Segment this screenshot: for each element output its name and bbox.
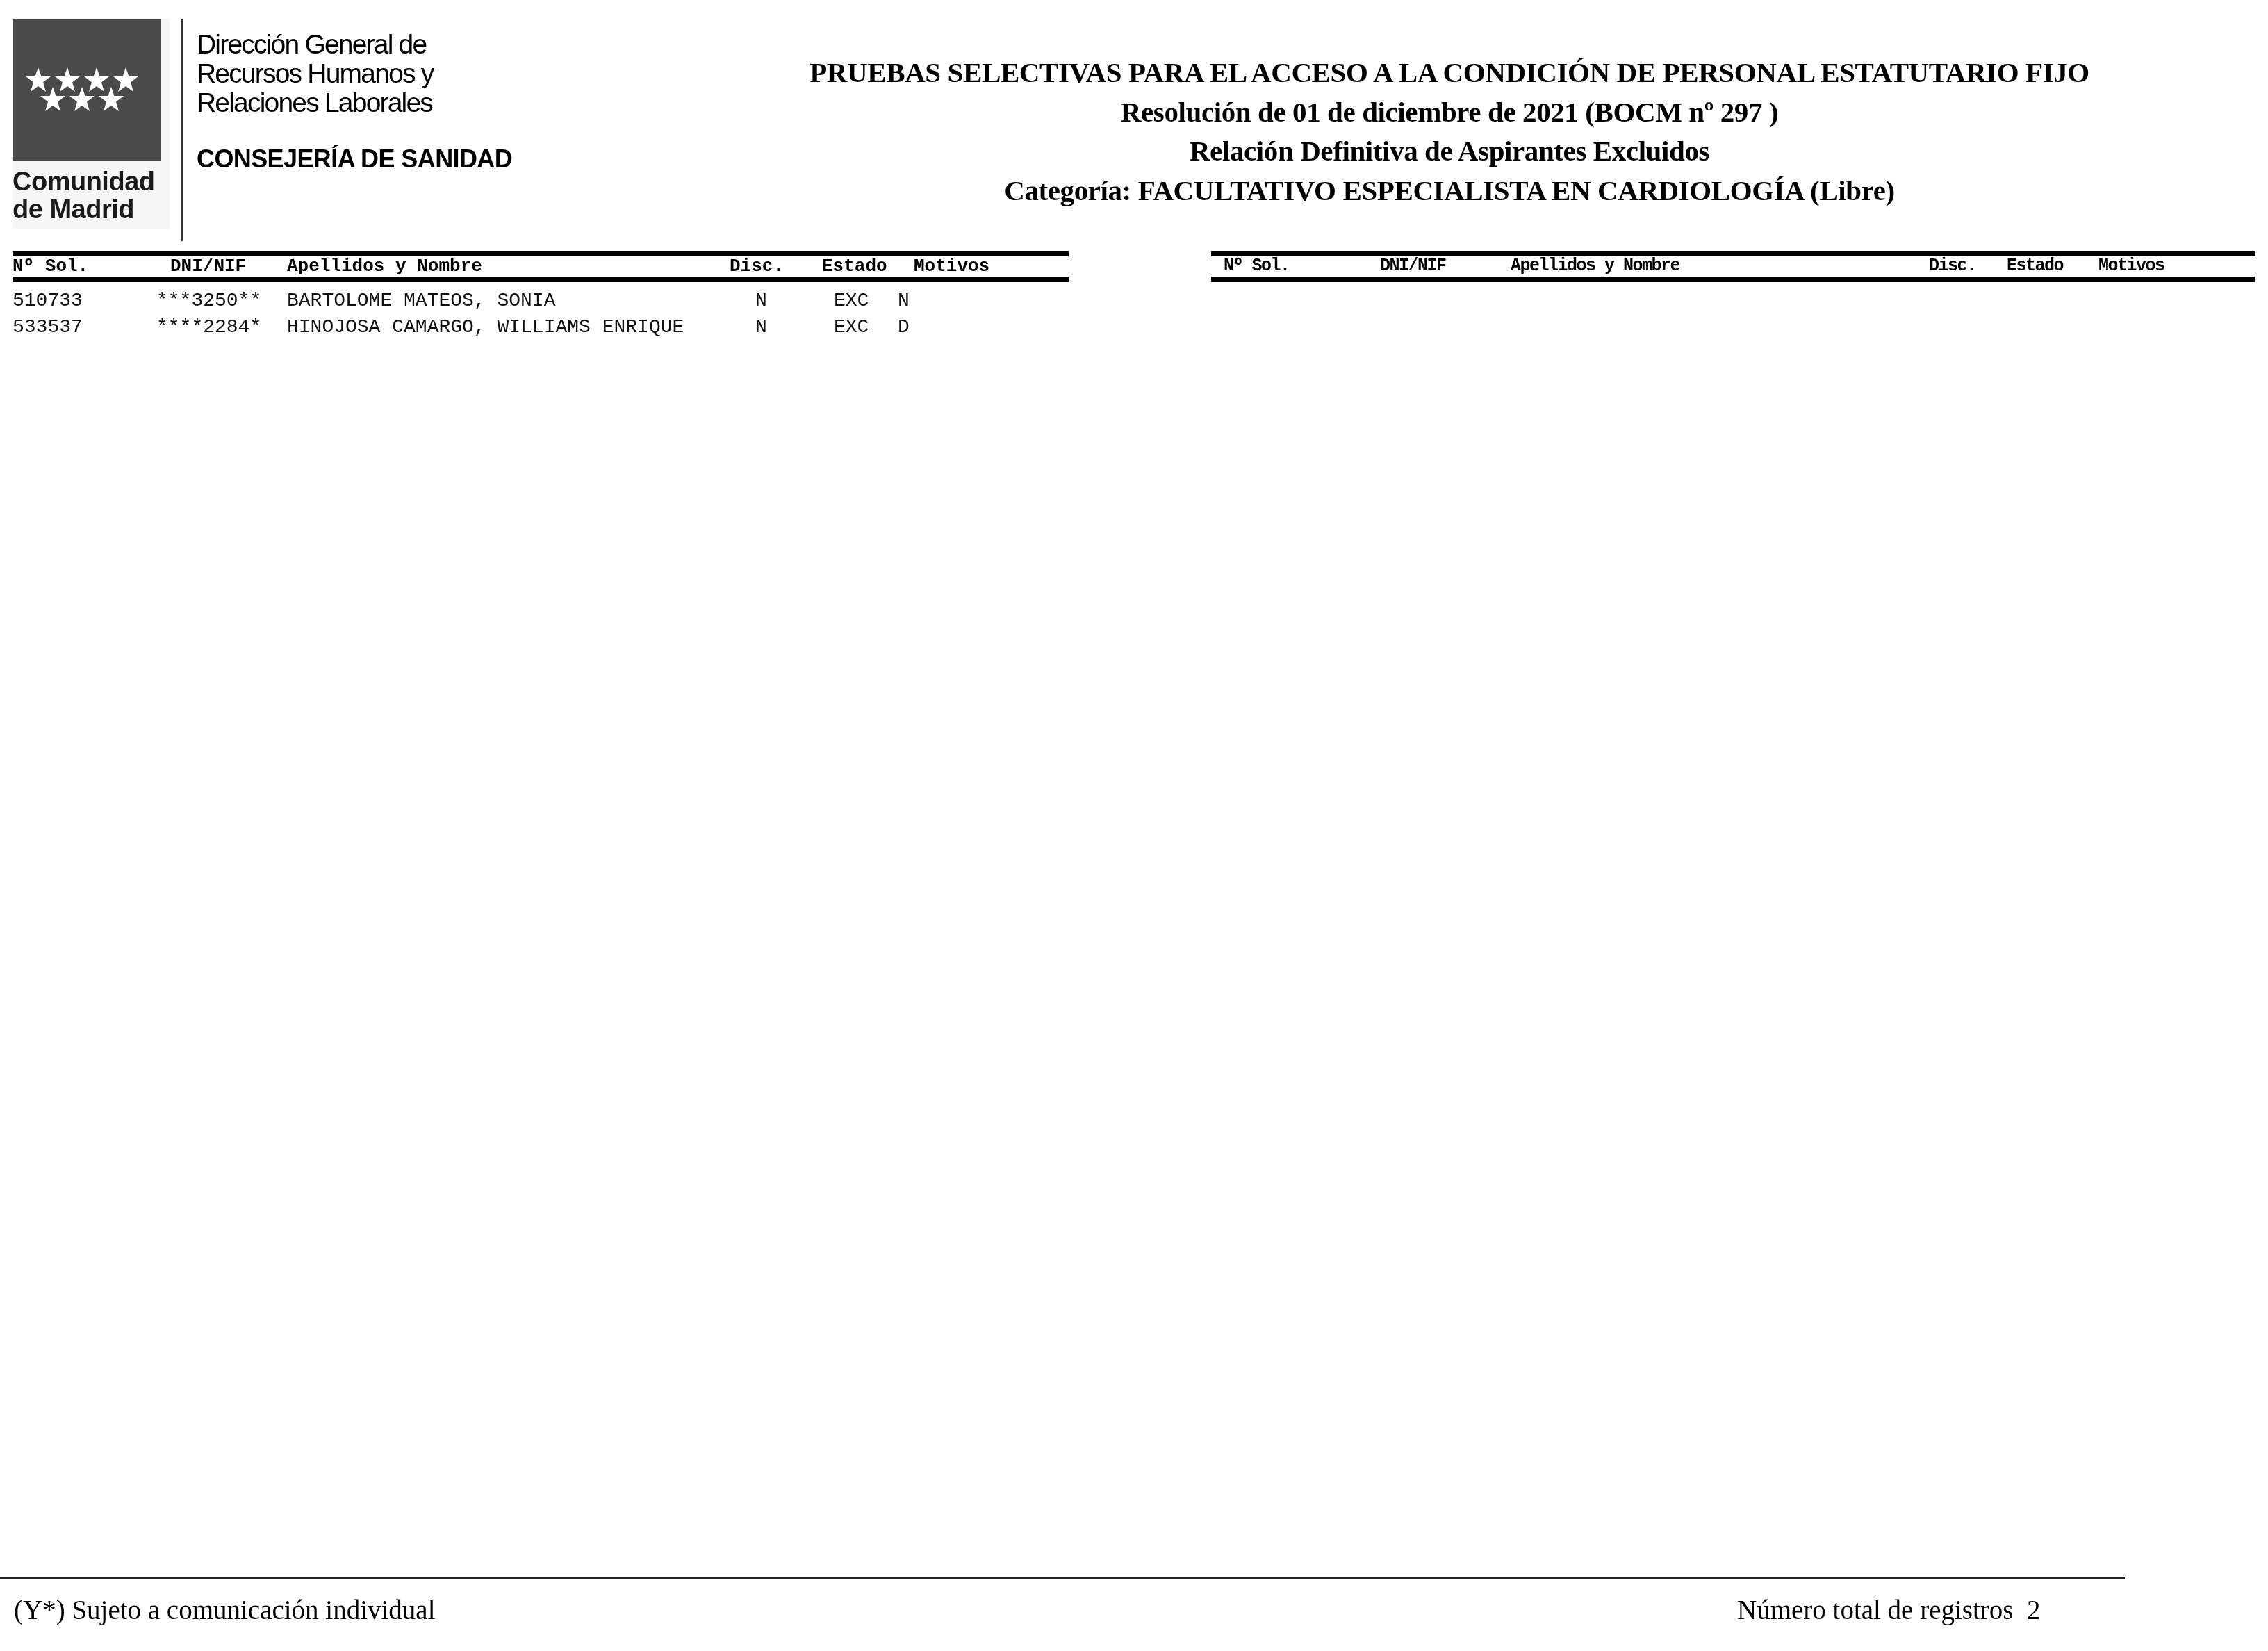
table-row: 533537 ****2284* HINOJOSA CAMARGO, WILLI… [13, 315, 1069, 341]
column-header-estado: Estado [2007, 256, 2063, 277]
cell-motivos: N [898, 288, 910, 315]
cell-dni: ***3250** [156, 288, 261, 315]
cell-sol: 510733 [13, 288, 83, 315]
column-header-sol: Nº Sol. [1224, 256, 1290, 277]
cell-estado: EXC [834, 315, 869, 341]
department-line: Relaciones Laborales [197, 89, 433, 118]
cell-estado: EXC [834, 288, 869, 315]
table-rule-bottom [13, 277, 1069, 282]
table-rule-bottom [1211, 277, 2255, 282]
consejeria-name: CONSEJERÍA DE SANIDAD [197, 145, 512, 174]
cell-nombre: BARTOLOME MATEOS, SONIA [287, 288, 555, 315]
column-header-dni: DNI/NIF [1380, 256, 1446, 277]
column-header-sol: Nº Sol. [13, 256, 88, 277]
column-header-estado: Estado [822, 256, 887, 277]
department-line: Recursos Humanos y [197, 60, 433, 89]
comunidad-de-madrid-logo: Comunidad de Madrid [13, 19, 170, 229]
header-divider [181, 19, 183, 241]
footer-note: (Y*) Sujeto a comunicación individual [14, 1595, 436, 1627]
title-line-3: Relación Definitiva de Aspirantes Exclui… [764, 131, 2135, 171]
column-header-dni: DNI/NIF [170, 256, 246, 277]
cell-disc: N [755, 288, 767, 315]
department-name: Dirección General de Recursos Humanos y … [197, 31, 433, 118]
column-header-nombre: Apellidos y Nombre [1511, 256, 1679, 277]
column-header-motivos: Motivos [914, 256, 989, 277]
cell-motivos: D [898, 315, 910, 341]
column-header-disc: Disc. [1929, 256, 1976, 277]
table-row: 510733 ***3250** BARTOLOME MATEOS, SONIA… [13, 288, 1069, 315]
cell-sol: 533537 [13, 315, 83, 341]
department-line: Dirección General de [197, 31, 433, 60]
title-line-4: Categoría: FACULTATIVO ESPECIALISTA EN C… [764, 171, 2135, 211]
total-records-value: 2 [2027, 1595, 2041, 1625]
total-records: Número total de registros 2 [1737, 1595, 2040, 1627]
footer-divider [0, 1577, 2125, 1579]
seven-stars-icon [13, 19, 161, 161]
column-header-motivos: Motivos [2098, 256, 2164, 277]
logo-text-line2: de Madrid [13, 196, 170, 224]
title-line-1: PRUEBAS SELECTIVAS PARA EL ACCESO A LA C… [764, 53, 2135, 92]
document-title: PRUEBAS SELECTIVAS PARA EL ACCESO A LA C… [764, 53, 2135, 210]
cell-nombre: HINOJOSA CAMARGO, WILLIAMS ENRIQUE [287, 315, 684, 341]
logo-square [13, 19, 161, 161]
total-records-label: Número total de registros [1737, 1595, 2013, 1625]
cell-disc: N [755, 315, 767, 341]
logo-text-line1: Comunidad [13, 168, 170, 196]
title-line-2: Resolución de 01 de diciembre de 2021 (B… [764, 92, 2135, 132]
column-header-nombre: Apellidos y Nombre [287, 256, 482, 277]
cell-dni: ****2284* [156, 315, 261, 341]
column-header-disc: Disc. [730, 256, 784, 277]
